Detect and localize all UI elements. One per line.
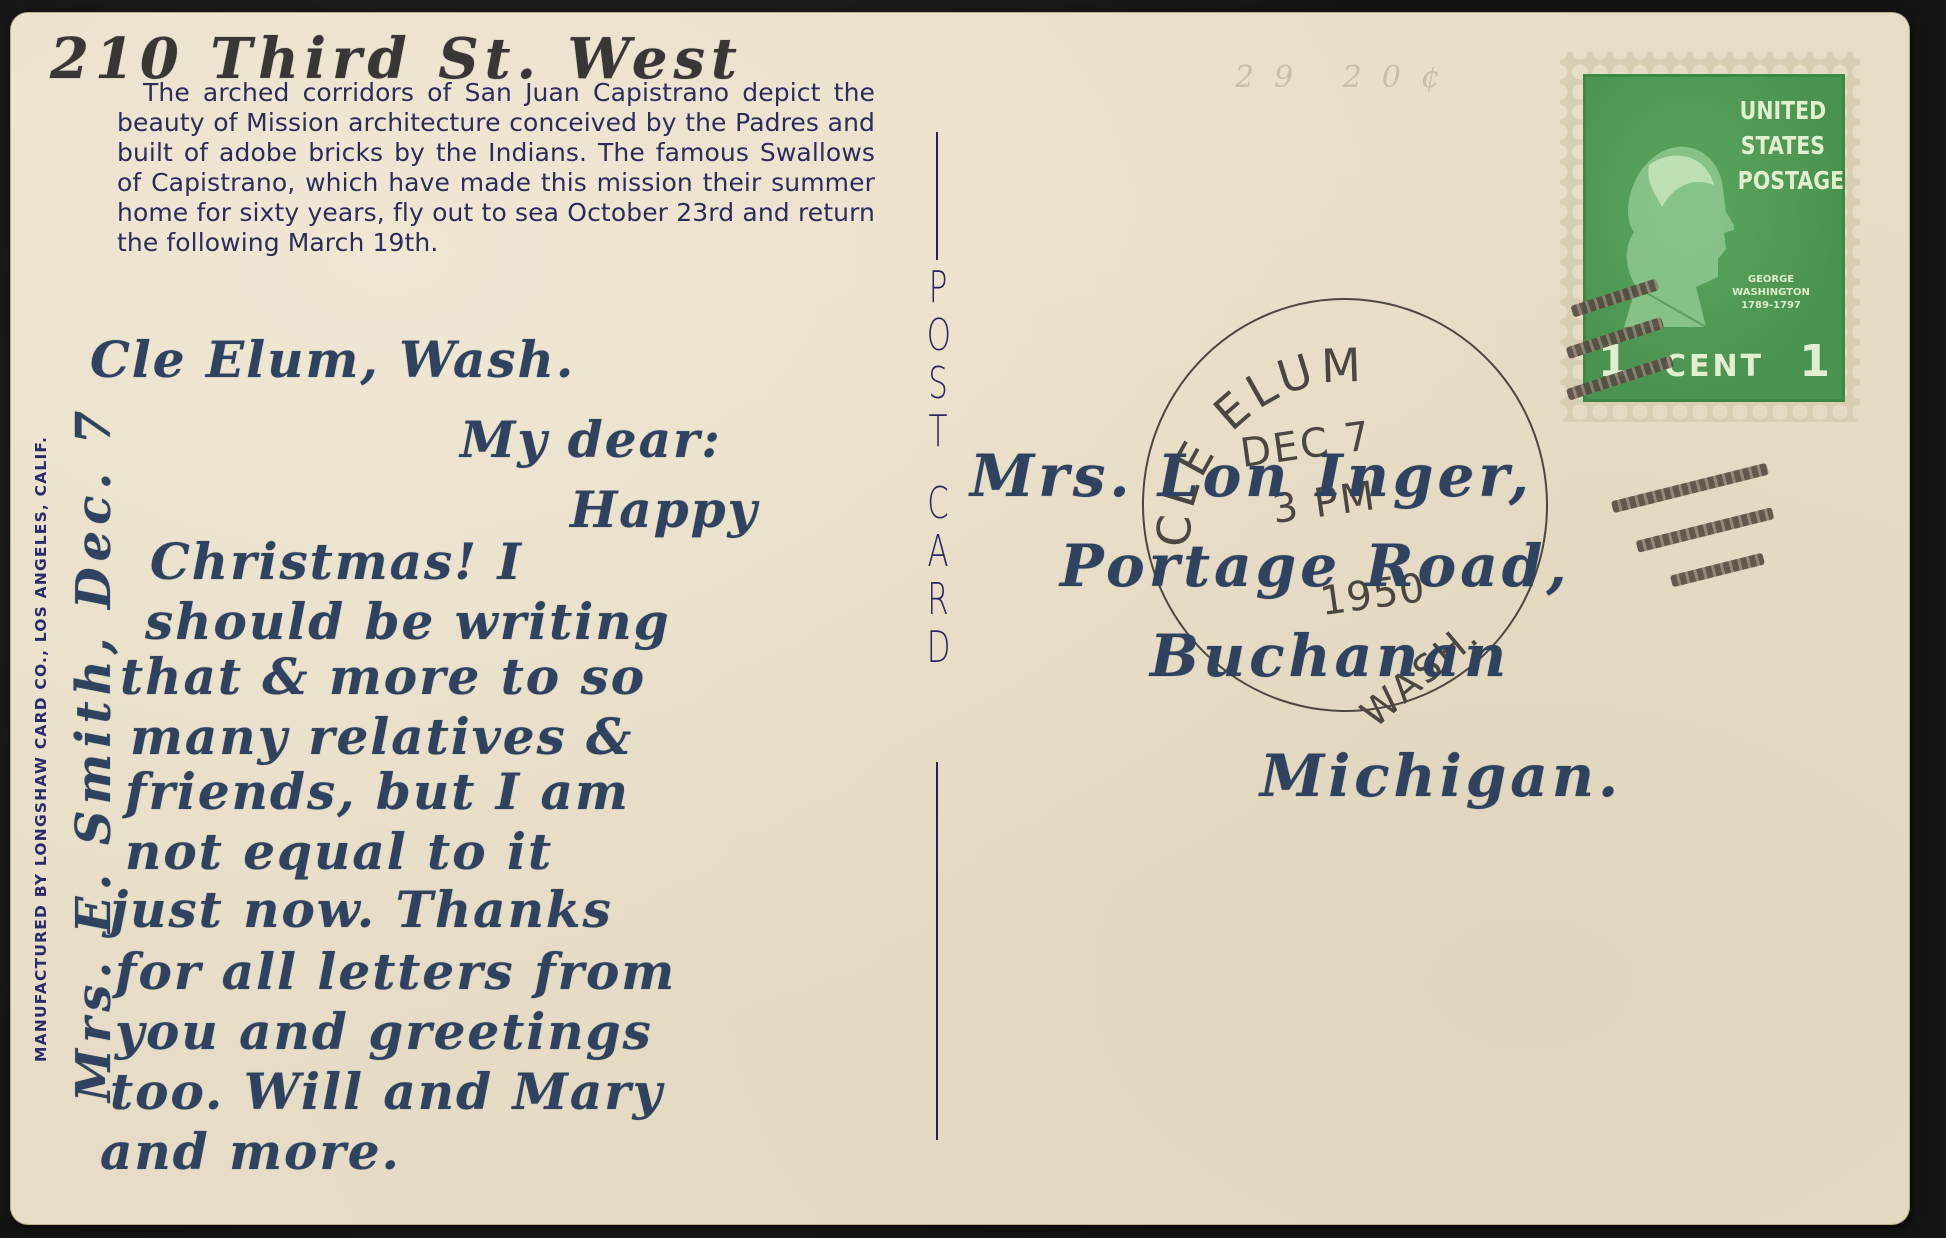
letter: P (927, 264, 949, 312)
postcard-back: 29 20¢ 210 Third St. West The arched cor… (10, 12, 1910, 1225)
message-line: just now. Thanks (110, 880, 613, 939)
label-gap (927, 456, 949, 480)
letter: R (927, 576, 949, 624)
letter: T (927, 408, 949, 456)
denomination-unit: CENT (1664, 349, 1764, 384)
letter: D (927, 624, 949, 672)
letter: O (927, 312, 949, 360)
recipient-address-line: Portage Road, (1060, 532, 1571, 600)
recipient-address-line: Mrs. Lon Inger, (970, 442, 1533, 510)
stamp-name-line: GEORGE (1711, 273, 1831, 286)
stamp-country-line: STATES (1738, 128, 1828, 163)
message-line: Cle Elum, Wash. (90, 330, 575, 389)
message-line: for all letters from (115, 942, 676, 1001)
stamp-country-line: UNITED (1738, 93, 1828, 128)
recipient-address-line: Buchanan (1150, 622, 1510, 690)
stamp-portrait-name: GEORGE WASHINGTON 1789-1797 (1711, 273, 1831, 312)
cancellation-bar (1611, 463, 1769, 513)
printed-caption: The arched corridors of San Juan Capistr… (117, 78, 875, 258)
letter: S (927, 360, 949, 408)
stamp-country-line: POSTAGE (1738, 163, 1828, 198)
message-line: not equal to it (125, 822, 553, 881)
message-line: that & more to so (120, 647, 646, 706)
letter: C (927, 480, 949, 528)
message-line: too. Will and Mary (110, 1062, 664, 1121)
denomination-right: 1 (1799, 336, 1830, 387)
stamp-country: UNITED STATES POSTAGE (1738, 93, 1828, 198)
message-line: you and greetings (115, 1002, 653, 1061)
cancellation-bar (1670, 553, 1765, 588)
message-line: Christmas! I (150, 532, 523, 591)
message-line: and more. (100, 1122, 401, 1181)
postage-stamp: UNITED STATES POSTAGE GEORGE WASHINGTON … (1583, 74, 1845, 402)
message-line: should be writing (145, 592, 671, 651)
divider-line-bottom (936, 762, 938, 1140)
side-note: Mrs. E. Smith, Dec. 7 (66, 405, 122, 1102)
letter: A (927, 528, 949, 576)
message-line: My dear: (460, 410, 722, 469)
divider-line-top (936, 132, 938, 260)
stamp-name-line: WASHINGTON (1711, 286, 1831, 299)
cancellation-bar (1636, 507, 1775, 553)
message-line: many relatives & (130, 707, 633, 766)
message-line: Happy (570, 480, 759, 539)
post-card-label: P O S T C A R D (927, 264, 949, 672)
manufacturer-line: MANUFACTURED BY LONGSHAW CARD CO., LOS A… (32, 436, 50, 1062)
stamp-name-line: 1789-1797 (1711, 299, 1831, 312)
message-line: friends, but I am (125, 762, 630, 821)
pencil-marks: 29 20¢ (1235, 60, 1460, 95)
recipient-address-line: Michigan. (1260, 742, 1622, 810)
